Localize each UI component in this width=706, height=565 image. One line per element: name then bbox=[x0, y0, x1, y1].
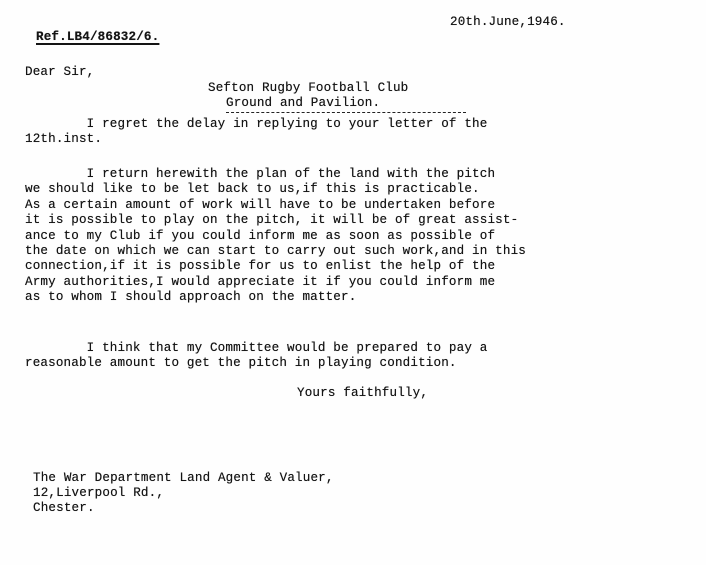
salutation: Dear Sir, bbox=[25, 66, 94, 79]
body-line: it is possible to play on the pitch, it … bbox=[25, 214, 518, 227]
body-line: we should like to be let back to us,if t… bbox=[25, 183, 480, 196]
addressee-line-1: The War Department Land Agent & Valuer, bbox=[33, 472, 334, 485]
body-line: I return herewith the plan of the land w… bbox=[25, 168, 495, 181]
body-line: ance to my Club if you could inform me a… bbox=[25, 230, 495, 243]
body-line: reasonable amount to get the pitch in pl… bbox=[25, 357, 457, 370]
reference-number: Ref.LB4/86832/6. bbox=[36, 31, 159, 44]
addressee-line-3: Chester. bbox=[33, 502, 95, 515]
subject-line-2: Ground and Pavilion. bbox=[226, 97, 380, 110]
body-line: I think that my Committee would be prepa… bbox=[25, 342, 487, 355]
body-line: Army authorities,I would appreciate it i… bbox=[25, 276, 495, 289]
body-line: the date on which we can start to carry … bbox=[25, 245, 526, 258]
letter-date: 20th.June,1946. bbox=[450, 16, 566, 29]
body-line: as to whom I should approach on the matt… bbox=[25, 291, 356, 304]
subject-line-1: Sefton Rugby Football Club bbox=[208, 82, 408, 95]
body-line: I regret the delay in replying to your l… bbox=[25, 118, 487, 131]
body-line: connection,if it is possible for us to e… bbox=[25, 260, 495, 273]
subject-underline bbox=[226, 112, 466, 113]
body-line: 12th.inst. bbox=[25, 133, 102, 146]
letter-page: 20th.June,1946. Ref.LB4/86832/6. Dear Si… bbox=[0, 0, 706, 565]
closing: Yours faithfully, bbox=[297, 387, 428, 400]
addressee-line-2: 12,Liverpool Rd., bbox=[33, 487, 164, 500]
body-line: As a certain amount of work will have to… bbox=[25, 199, 495, 212]
